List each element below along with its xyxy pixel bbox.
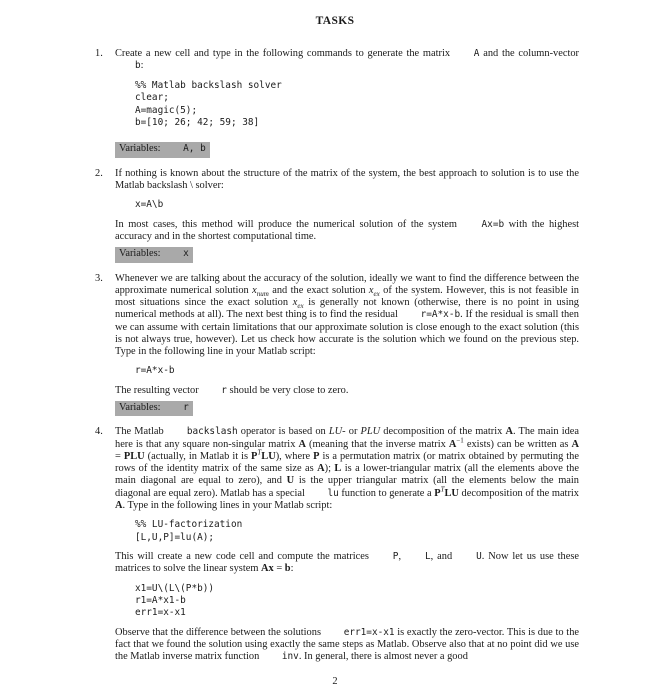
code-block: r=A*x-b	[135, 365, 579, 377]
document-page: TASKS 1. Create a new cell and type in t…	[0, 0, 670, 700]
text-segment: :	[291, 563, 294, 574]
code-line: b=[10; 26; 42; 59; 38]	[135, 117, 579, 129]
task-item-1: 1. Create a new cell and type in the fol…	[95, 48, 579, 158]
text-segment: If nothing is known about the structure …	[115, 168, 579, 191]
task-paragraph: Observe that the difference between the …	[115, 627, 579, 664]
task-number: 3.	[95, 273, 103, 285]
code-line: r=A*x-b	[135, 365, 579, 377]
text-segment: backslash	[187, 426, 238, 437]
text-segment: - or	[342, 426, 360, 437]
task-body: If nothing is known about the structure …	[115, 168, 579, 263]
code-block: %% LU-factorization[L,U,P]=lu(A);	[135, 519, 579, 544]
text-segment: and the exact solution	[269, 285, 369, 296]
text-segment: This will create a new code cell and com…	[115, 551, 373, 562]
text-segment: LU	[329, 426, 342, 437]
text-segment: Variables:	[119, 402, 163, 413]
page-number: 2	[0, 676, 670, 687]
variables-badge: Variables: r	[115, 401, 193, 416]
variables-badge: Variables: x	[115, 247, 193, 262]
task-item-2: 2. If nothing is known about the structu…	[95, 168, 579, 263]
text-segment: function to generate a	[339, 488, 435, 499]
task-body: The Matlab backslash operator is based o…	[115, 426, 579, 663]
text-segment: =	[115, 451, 124, 462]
text-segment: :	[141, 60, 144, 71]
text-segment: LU	[445, 488, 459, 499]
variables-badge: Variables: A, b	[115, 142, 210, 157]
task-item-4: 4. The Matlab backslash operator is base…	[95, 426, 579, 663]
task-paragraph: Create a new cell and type in the follow…	[115, 48, 579, 73]
text-segment: decomposition of the matrix	[459, 488, 579, 499]
text-segment: A	[572, 439, 580, 450]
text-segment: r	[183, 402, 189, 413]
text-segment: PLU	[124, 451, 145, 462]
text-segment: Create a new cell and type in the follow…	[115, 48, 454, 59]
text-segment: and the column-vector	[479, 48, 579, 59]
text-segment: In most cases, this method will produce …	[115, 219, 462, 230]
text-segment: . In general, there is almost never a go…	[299, 651, 468, 662]
text-segment: A	[115, 500, 123, 511]
code-block: %% Matlab backslash solverclear;A=magic(…	[135, 80, 579, 130]
text-segment: A, b	[183, 143, 206, 154]
task-list: 1. Create a new cell and type in the fol…	[95, 48, 579, 664]
task-paragraph: The resulting vector r should be very cl…	[115, 385, 579, 397]
text-segment: Observe that the difference between the …	[115, 627, 324, 638]
code-block: x=A\b	[135, 199, 579, 211]
text-segment: Variables:	[119, 248, 163, 259]
text-segment: =	[274, 563, 285, 574]
task-paragraph: If nothing is known about the structure …	[115, 168, 579, 192]
text-segment: −1	[456, 436, 463, 444]
text-segment: Ax	[261, 563, 274, 574]
code-line: %% LU-factorization	[135, 519, 579, 531]
text-segment: operator is based on	[238, 426, 329, 437]
task-paragraph: This will create a new code cell and com…	[115, 551, 579, 576]
task-number: 1.	[95, 48, 103, 60]
text-segment: The resulting vector	[115, 385, 201, 396]
code-line: A=magic(5);	[135, 105, 579, 117]
code-block: x1=U\(L\(P*b))r1=A*x1-berr1=x-x1	[135, 583, 579, 620]
text-segment: Variables:	[119, 143, 163, 154]
text-segment: LU	[261, 451, 275, 462]
text-segment: A	[505, 426, 513, 437]
text-segment: r=A*x-b	[421, 309, 461, 320]
code-line: clear;	[135, 92, 579, 104]
text-segment: ,	[398, 551, 405, 562]
text-segment: decomposition of the matrix	[380, 426, 505, 437]
task-number: 4.	[95, 426, 103, 438]
text-segment: A	[317, 463, 325, 474]
task-item-3: 3. Whenever we are talking about the acc…	[95, 273, 579, 417]
text-segment: The Matlab	[115, 426, 167, 437]
task-number: 2.	[95, 168, 103, 180]
task-body: Whenever we are talking about the accura…	[115, 273, 579, 417]
text-segment: A	[298, 439, 306, 450]
text-segment: Ax=b	[482, 219, 505, 230]
text-segment: . Type in the following lines in your Ma…	[123, 500, 333, 511]
text-segment: lu	[327, 488, 338, 499]
text-segment: PLU	[361, 426, 381, 437]
text-segment: (actually, in Matlab it is	[145, 451, 251, 462]
text-segment: (meaning that the inverse matrix	[306, 439, 449, 450]
code-line: r1=A*x1-b	[135, 595, 579, 607]
code-line: [L,U,P]=lu(A);	[135, 532, 579, 544]
text-segment: inv	[282, 651, 299, 662]
task-paragraph: Whenever we are talking about the accura…	[115, 273, 579, 359]
task-paragraph: The Matlab backslash operator is based o…	[115, 426, 579, 512]
text-segment: should be very close to zero.	[227, 385, 348, 396]
text-segment: exists) can be written as	[464, 439, 572, 450]
page-title: TASKS	[0, 0, 670, 27]
text-segment: x	[183, 248, 189, 259]
text-segment: ), where	[276, 451, 313, 462]
code-line: err1=x-x1	[135, 607, 579, 619]
code-line: %% Matlab backslash solver	[135, 80, 579, 92]
text-segment: );	[325, 463, 335, 474]
code-line: x=A\b	[135, 199, 579, 211]
task-body: Create a new cell and type in the follow…	[115, 48, 579, 158]
text-segment: err1=x-x1	[344, 627, 395, 638]
task-paragraph: In most cases, this method will produce …	[115, 219, 579, 244]
text-segment: , and	[431, 551, 456, 562]
code-line: x1=U\(L\(P*b))	[135, 583, 579, 595]
